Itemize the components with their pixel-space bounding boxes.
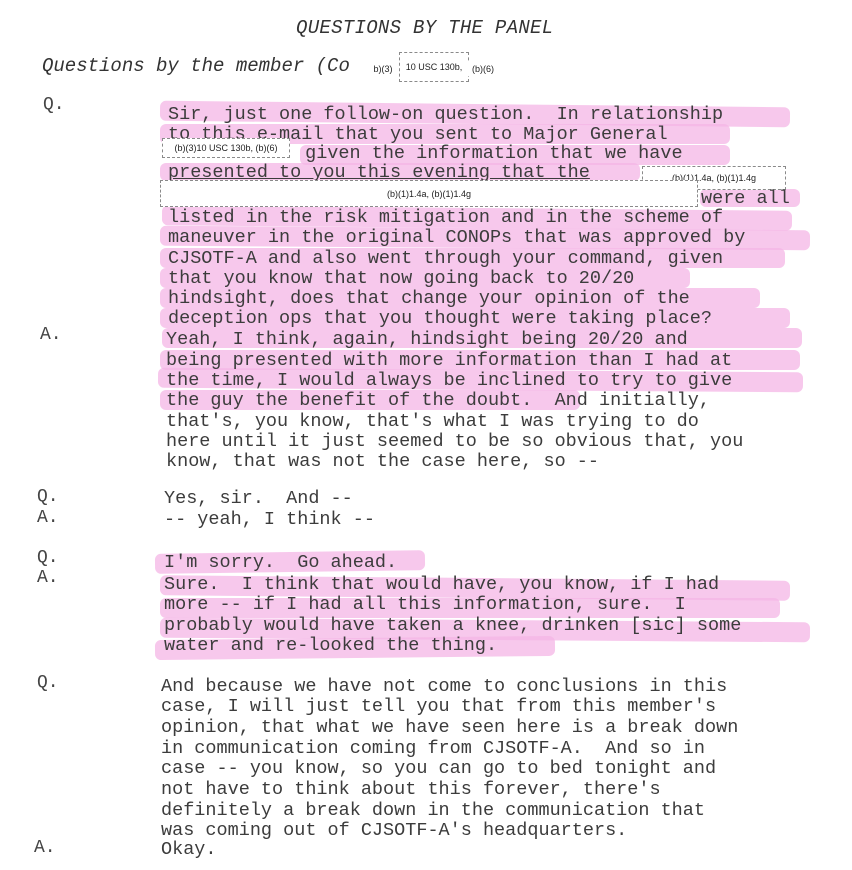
redaction-label: (b)(3)10 USC 130b, (b)(6) (174, 143, 277, 153)
transcript-line: hindsight, does that change your opinion… (168, 288, 690, 309)
transcript-line: in communication coming from CJSOTF-A. A… (161, 738, 705, 759)
transcript-line: Okay. (161, 839, 217, 860)
speaker-label: A. (40, 325, 62, 345)
transcript-line: maneuver in the original CONOPs that was… (168, 227, 745, 248)
transcript-line: know, that was not the case here, so -- (166, 451, 599, 472)
speaker-label: A. (34, 838, 56, 858)
transcript-line: that you know that now going back to 20/… (168, 268, 634, 289)
redaction-box: b)(3) (365, 62, 401, 76)
page-title: QUESTIONS BY THE PANEL (296, 17, 553, 39)
transcript-line: were all (701, 188, 790, 209)
speaker-label: Q. (37, 548, 59, 568)
transcript-line: CJSOTF-A and also went through your comm… (168, 248, 723, 269)
transcript-line: And because we have not come to conclusi… (161, 676, 727, 697)
redaction-box: (b)(3)10 USC 130b, (b)(6) (162, 138, 290, 158)
transcript-line: definitely a break down in the communica… (161, 800, 705, 821)
transcript-line: -- yeah, I think -- (164, 509, 375, 530)
transcript-line: was coming out of CJSOTF-A's headquarter… (161, 820, 627, 841)
transcript-line: I'm sorry. Go ahead. (164, 552, 397, 573)
redaction-label: b)(3) (373, 64, 392, 74)
speaker-label: Q. (37, 673, 59, 693)
transcript-line: Yeah, I think, again, hindsight being 20… (166, 329, 688, 350)
transcript-line: case -- you know, so you can go to bed t… (161, 758, 716, 779)
redaction-box: (b)(6) (468, 62, 498, 76)
transcript-line: Yes, sir. And -- (164, 488, 353, 509)
transcript-line: here until it just seemed to be so obvio… (166, 431, 743, 452)
speaker-label: A. (37, 568, 59, 588)
transcript-line: listed in the risk mitigation and in the… (168, 207, 723, 228)
transcript-line: the time, I would always be inclined to … (166, 370, 732, 391)
redaction-label: (b)(1)1.4a, (b)(1)1.4g (387, 189, 471, 199)
transcript-line: Sir, just one follow-on question. In rel… (168, 104, 723, 125)
transcript-line: being presented with more information th… (166, 350, 732, 371)
transcript-line: case, I will just tell you that from thi… (161, 696, 716, 717)
transcript-line: probably would have taken a knee, drinke… (164, 615, 741, 636)
speaker-label: A. (37, 508, 59, 528)
transcript-line: water and re-looked the thing. (164, 635, 497, 656)
transcript-line: given the information that we have (294, 143, 683, 164)
transcript-line: deception ops that you thought were taki… (168, 308, 712, 329)
redaction-label: (b)(6) (472, 64, 494, 74)
transcript-line: the guy the benefit of the doubt. And in… (166, 390, 710, 411)
transcript-line: more -- if I had all this information, s… (164, 594, 686, 615)
redaction-box: (b)(1)1.4a, (b)(1)1.4g (160, 180, 698, 207)
speaker-label: Q. (43, 95, 65, 115)
redaction-label: 10 USC 130b, (406, 62, 463, 72)
transcript-line: not have to think about this forever, th… (161, 779, 661, 800)
redaction-box: 10 USC 130b, (399, 52, 469, 82)
subtitle-text: Questions by the member (Co (42, 55, 350, 77)
transcript-line: Sure. I think that would have, you know,… (164, 574, 719, 595)
transcript-line: that's, you know, that's what I was tryi… (166, 411, 699, 432)
section-subtitle: Questions by the member (Co (42, 55, 350, 77)
speaker-label: Q. (37, 487, 59, 507)
transcript-line: opinion, that what we have seen here is … (161, 717, 738, 738)
